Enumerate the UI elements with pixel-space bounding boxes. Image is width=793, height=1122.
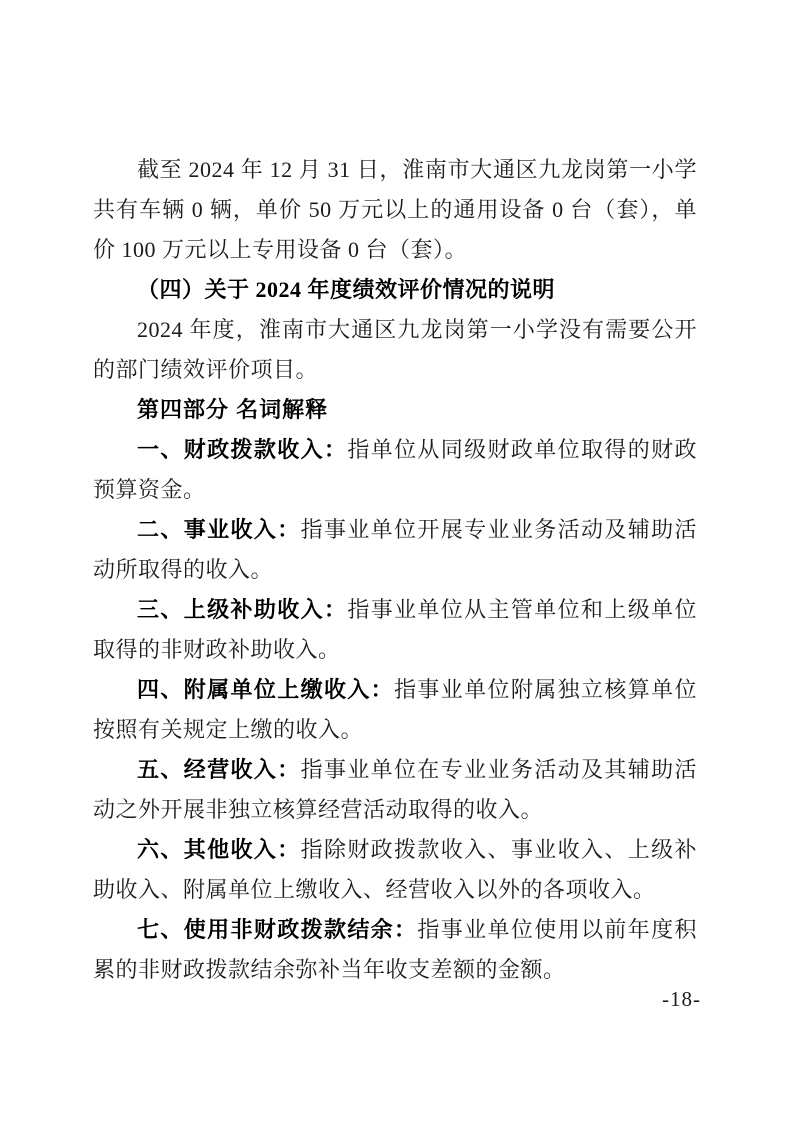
definition-term: 三、上级补助收入：: [137, 597, 347, 622]
definition-term: 二、事业收入：: [137, 517, 301, 542]
definition-affiliated-unit-remittance-income: 四、附属单位上缴收入：指事业单位附属独立核算单位按照有关规定上缴的收入。: [93, 670, 697, 750]
definition-operating-income: 五、经营收入：指事业单位在专业业务活动及其辅助活动之外开展非独立核算经营活动取得…: [93, 750, 697, 830]
paragraph-performance-evaluation-note: 2024 年度，淮南市大通区九龙岗第一小学没有需要公开的部门绩效评价项目。: [93, 310, 697, 390]
page-number: -18-: [662, 986, 701, 1012]
definition-business-income: 二、事业收入：指事业单位开展专业业务活动及辅助活动所取得的收入。: [93, 510, 697, 590]
heading-performance-evaluation-note: （四）关于 2024 年度绩效评价情况的说明: [93, 270, 697, 310]
definition-fiscal-appropriation-income: 一、财政拨款收入：指单位从同级财政单位取得的财政预算资金。: [93, 430, 697, 510]
definition-term: 一、财政拨款收入：: [137, 437, 347, 462]
paragraph-equipment-summary: 截至 2024 年 12 月 31 日，淮南市大通区九龙岗第一小学共有车辆 0 …: [93, 150, 697, 270]
definition-term: 七、使用非财政拨款结余：: [137, 917, 417, 942]
definition-term: 四、附属单位上缴收入：: [137, 677, 394, 702]
definition-term: 五、经营收入：: [137, 757, 301, 782]
definition-other-income: 六、其他收入：指除财政拨款收入、事业收入、上级补助收入、附属单位上缴收入、经营收…: [93, 830, 697, 910]
definition-term: 六、其他收入：: [137, 837, 301, 862]
heading-part-four-glossary: 第四部分 名词解释: [93, 390, 697, 430]
definition-use-of-non-fiscal-carryover: 七、使用非财政拨款结余：指事业单位使用以前年度积累的非财政拨款结余弥补当年收支差…: [93, 910, 697, 990]
document-page: 截至 2024 年 12 月 31 日，淮南市大通区九龙岗第一小学共有车辆 0 …: [0, 0, 793, 1122]
definition-superior-subsidy-income: 三、上级补助收入：指事业单位从主管单位和上级单位取得的非财政补助收入。: [93, 590, 697, 670]
document-body: 截至 2024 年 12 月 31 日，淮南市大通区九龙岗第一小学共有车辆 0 …: [93, 150, 697, 990]
